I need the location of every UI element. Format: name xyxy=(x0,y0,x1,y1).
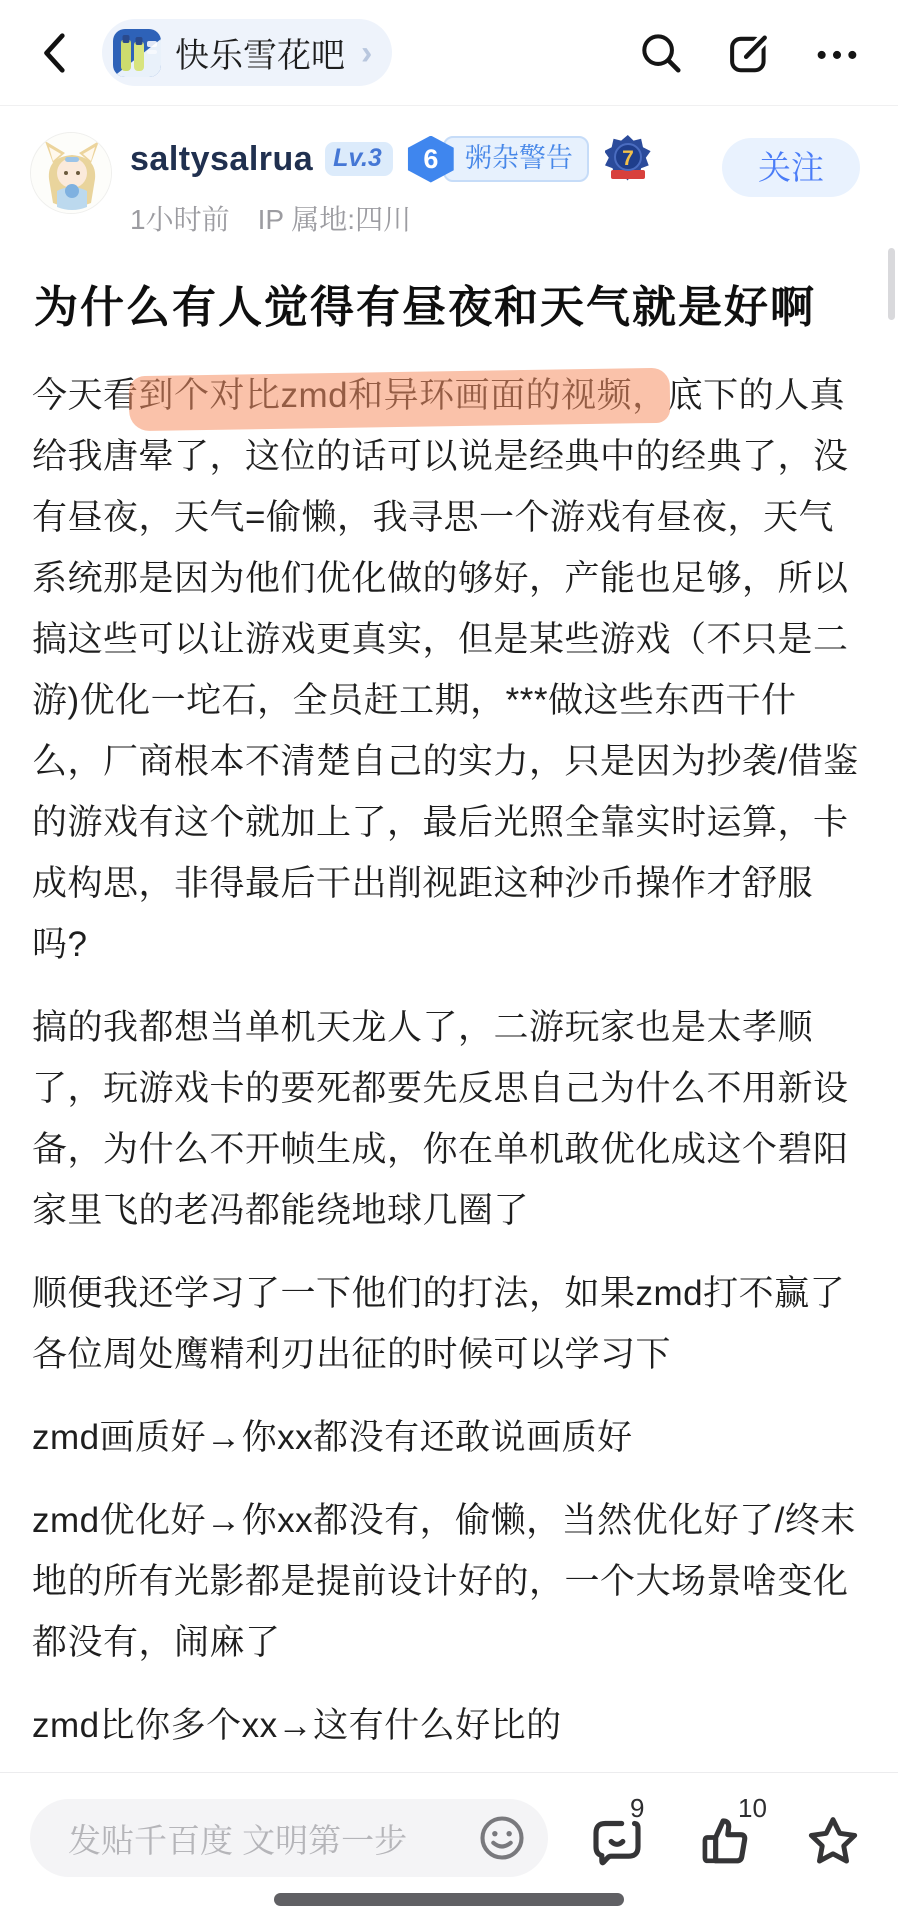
comments-button[interactable]: 9 xyxy=(588,1807,648,1869)
paragraph-1: 今天看到个对比zmd和异环画面的视频，底下的人真给我唐晕了，这位的话可以说是经典… xyxy=(32,365,866,975)
paragraph-4: zmd画质好→你xx都没有还敢说画质好 xyxy=(32,1407,866,1468)
forum-pill[interactable]: 快乐雪花吧 › xyxy=(102,19,392,86)
svg-text:7: 7 xyxy=(622,147,634,170)
back-chevron-icon xyxy=(34,30,78,76)
reply-placeholder: 发贴千百度 文明第一步 xyxy=(68,1815,476,1862)
group-badge[interactable]: 6 粥杂警告 xyxy=(405,136,589,183)
paragraph-2: 搞的我都想当单机天龙人了，二游玩家也是太孝顺了，玩游戏卡的要死都要先反思自己为什… xyxy=(32,997,866,1241)
forum-avatar xyxy=(113,29,161,77)
bottom-composer-bar: 发贴千百度 文明第一步 9 10 xyxy=(0,1772,898,1920)
reply-input[interactable]: 发贴千百度 文明第一步 xyxy=(30,1799,548,1877)
paragraph-1-rest: 底下的人真给我唐晕了，这位的话可以说是经典中的经典了，没有昼夜，天气=偷懒，我寻… xyxy=(32,376,859,964)
post-time: 1小时前 xyxy=(130,198,230,238)
paragraph-6: zmd比你多个xx→这有什么好比的 xyxy=(32,1695,866,1756)
emoji-icon[interactable] xyxy=(476,1812,528,1864)
forum-name: 快乐雪花吧 xyxy=(175,28,345,77)
compose-icon[interactable] xyxy=(726,30,772,76)
scrollbar-thumb[interactable] xyxy=(888,248,895,320)
favorite-button[interactable] xyxy=(804,1807,864,1869)
paragraph-1-pre: 今天看 xyxy=(32,376,139,415)
level-badge: Lv.3 xyxy=(325,142,393,176)
top-navbar: 快乐雪花吧 › xyxy=(0,0,898,106)
medal-badge-icon: 7 xyxy=(605,134,651,184)
tieba-post-screen: 快乐雪花吧 › xyxy=(0,0,898,1920)
post-body: 今天看到个对比zmd和异环画面的视频，底下的人真给我唐晕了，这位的话可以说是经典… xyxy=(0,365,898,1900)
post-title: 为什么有人觉得有昼夜和天气就是好啊 xyxy=(0,278,898,337)
chevron-right-icon: › xyxy=(361,36,372,70)
comment-count: 9 xyxy=(630,1795,644,1821)
paragraph-5: zmd优化好→你xx都没有，偷懒，当然优化好了/终末地的所有光影都是提前设计好的… xyxy=(32,1490,866,1673)
search-icon[interactable] xyxy=(638,30,684,76)
username[interactable]: saltysalrua xyxy=(130,140,313,179)
like-count: 10 xyxy=(738,1795,767,1821)
author-row: saltysalrua Lv.3 6 粥杂警告 7 1小时前 IP xyxy=(0,106,898,238)
paragraph-3: 顺便我还学习了一下他们的打法，如果zmd打不赢了各位周处鹰精利刃出征的时候可以学… xyxy=(32,1263,866,1385)
back-button[interactable] xyxy=(34,31,78,75)
more-options-icon[interactable] xyxy=(814,30,860,76)
ip-location: IP 属地:四川 xyxy=(258,198,412,238)
user-avatar[interactable] xyxy=(30,132,112,214)
group-badge-label: 粥杂警告 xyxy=(443,136,589,181)
like-button[interactable]: 10 xyxy=(696,1807,756,1869)
home-indicator xyxy=(274,1893,624,1906)
follow-button[interactable]: 关注 xyxy=(722,138,860,197)
highlighted-text: 到个对比zmd和异环画面的视频， xyxy=(139,376,668,415)
